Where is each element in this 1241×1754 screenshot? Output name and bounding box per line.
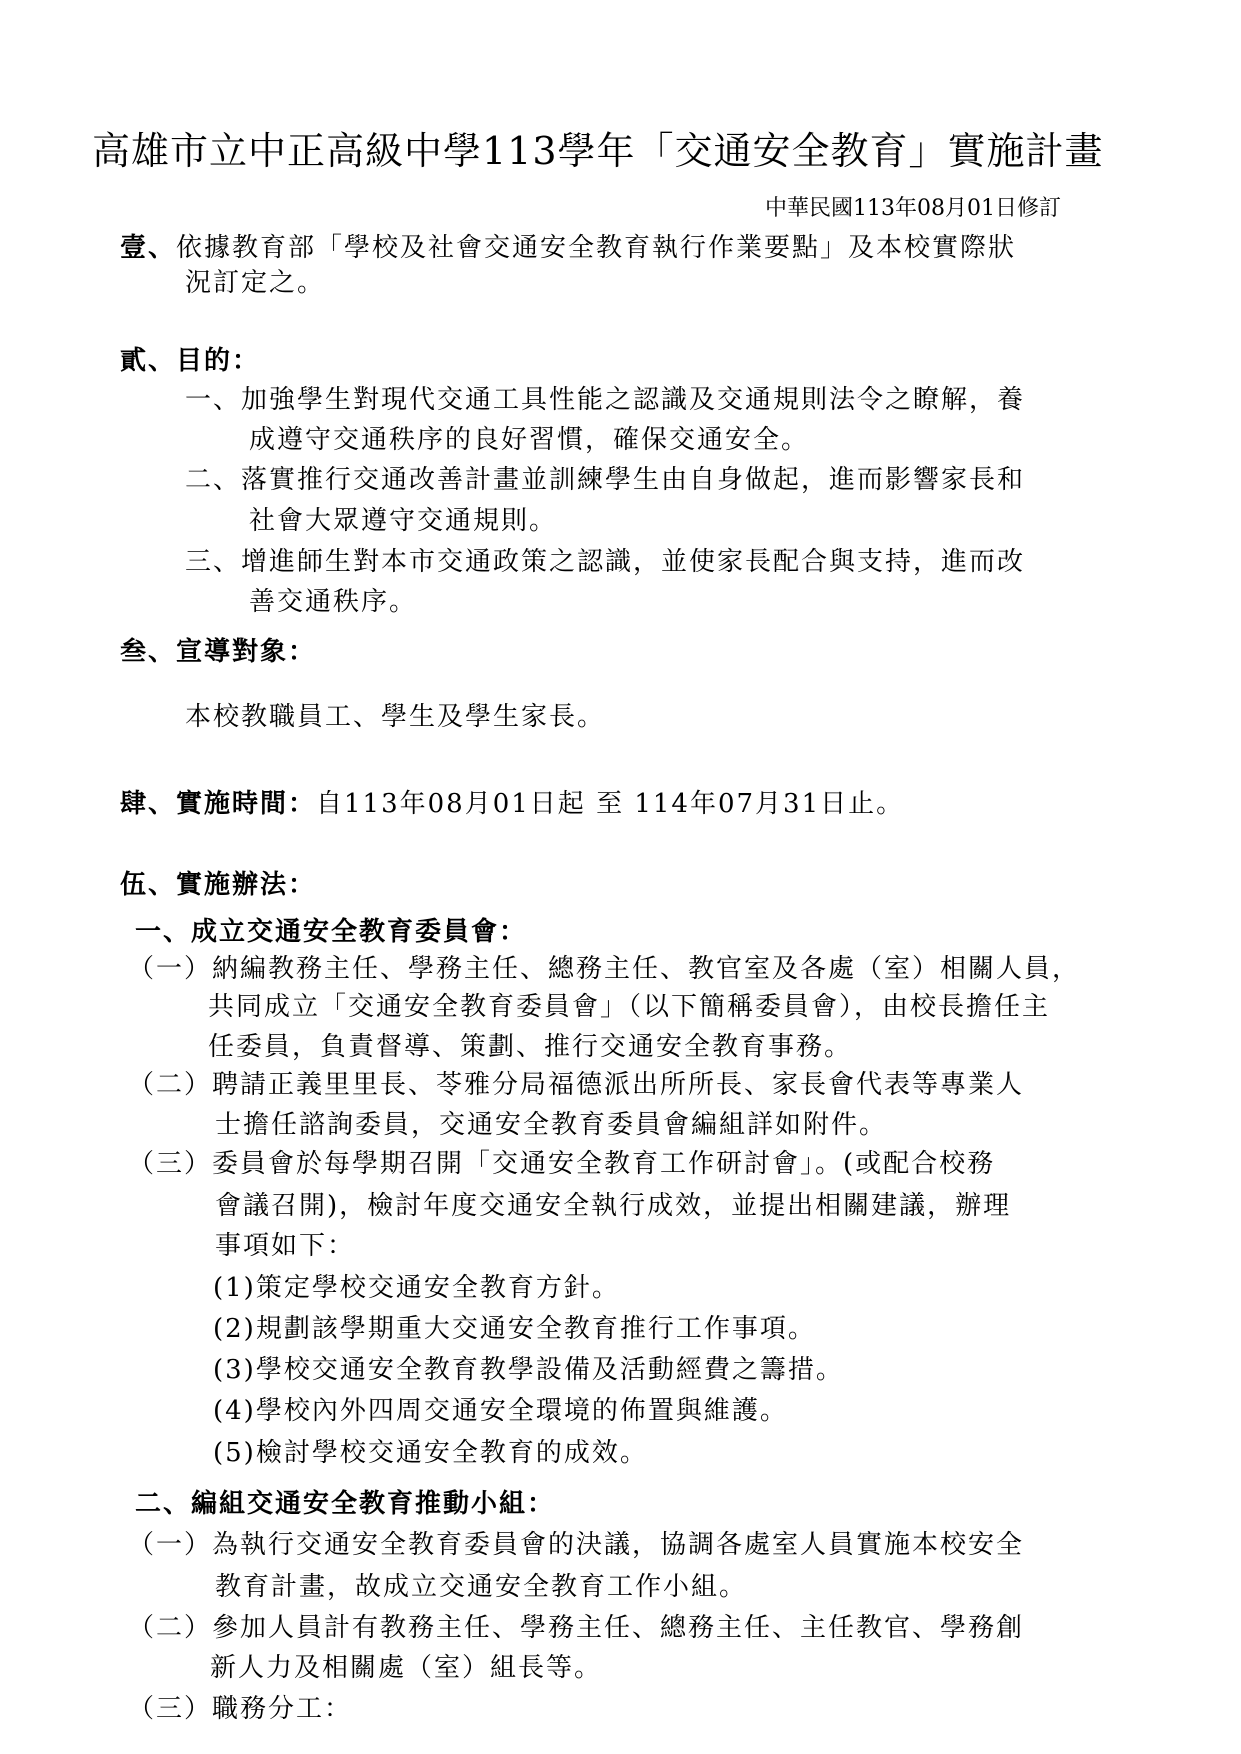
committee-task-2: (2)規劃該學期重大交通安全教育推行工作事項。 <box>213 1316 816 1342</box>
goal-item-1-cont: 成遵守交通秩序的良好習慣，確保交通安全。 <box>249 427 809 453</box>
section-1-line: 依據教育部「學校及社會交通安全教育執行作業要點」及本校實際狀 <box>176 233 1016 263</box>
section-4: 肆、實施時間：自113年08月01日起 至 114年07月31日止。 <box>120 791 904 817</box>
section-5-heading: 伍、實施辦法： <box>120 872 316 898</box>
team-item-1-cont: 教育計畫，故成立交通安全教育工作小組。 <box>215 1574 747 1600</box>
team-item-3: （三）職務分工： <box>128 1696 352 1722</box>
section-4-body: 自113年08月01日起 至 114年07月31日止。 <box>316 789 904 819</box>
section-2-heading: 貳、目的： <box>120 348 260 374</box>
document-title: 高雄市立中正高級中學113學年「交通安全教育」實施計畫 <box>92 132 1104 170</box>
team-item-2: （二）參加人員計有教務主任、學務主任、總務主任、主任教官、學務創 <box>128 1615 1024 1641</box>
committee-item-1: （一）納編教務主任、學務主任、總務主任、教官室及各處（室）相關人員， <box>128 956 1080 982</box>
subsection-1-heading: 一、成立交通安全教育委員會： <box>135 919 527 945</box>
section-3-body: 本校教職員工、學生及學生家長。 <box>185 704 605 730</box>
committee-item-3-cont: 會議召開)，檢討年度交通安全執行成效，並提出相關建議，辦理 <box>215 1193 1011 1219</box>
committee-task-4: (4)學校內外四周交通安全環境的佈置與維護。 <box>213 1398 788 1424</box>
revision-date: 中華民國113年08月01日修訂 <box>765 198 1061 220</box>
section-1-heading: 壹、 <box>120 233 176 263</box>
committee-task-3: (3)學校交通安全教育教學設備及活動經費之籌措。 <box>213 1357 844 1383</box>
team-item-1: （一）為執行交通安全教育委員會的決議，協調各處室人員實施本校安全 <box>128 1532 1024 1558</box>
committee-item-1-cont: 任委員，負責督導、策劃、推行交通安全教育事務。 <box>208 1034 852 1060</box>
committee-item-2: （二）聘請正義里里長、苓雅分局福德派出所所長、家長會代表等專業人 <box>128 1072 1024 1098</box>
section-4-heading: 肆、實施時間： <box>120 789 316 819</box>
committee-task-1: (1)策定學校交通安全教育方針。 <box>213 1275 620 1301</box>
goal-item-3: 三、增進師生對本市交通政策之認識，並使家長配合與支持，進而改 <box>185 549 1025 575</box>
committee-item-2-cont: 士擔任諮詢委員，交通安全教育委員會編組詳如附件。 <box>215 1112 887 1138</box>
committee-item-3: （三）委員會於每學期召開「交通安全教育工作研討會」。(或配合校務 <box>128 1151 995 1177</box>
section-3-heading: 叁、宣導對象： <box>120 639 316 665</box>
committee-item-3-cont: 事項如下： <box>215 1233 355 1259</box>
goal-item-3-cont: 善交通秩序。 <box>249 589 417 615</box>
section-1: 壹、依據教育部「學校及社會交通安全教育執行作業要點」及本校實際狀 <box>120 235 1016 261</box>
goal-item-1: 一、加強學生對現代交通工具性能之認識及交通規則法令之瞭解，養 <box>185 387 1025 413</box>
subsection-2-heading: 二、編組交通安全教育推動小組： <box>135 1491 555 1517</box>
goal-item-2-cont: 社會大眾遵守交通規則。 <box>249 508 557 534</box>
committee-task-5: (5)檢討學校交通安全教育的成效。 <box>213 1440 648 1466</box>
goal-item-2: 二、落實推行交通改善計畫並訓練學生由自身做起，進而影響家長和 <box>185 467 1025 493</box>
team-item-2-cont: 新人力及相關處（室）組長等。 <box>210 1655 602 1681</box>
section-1-line: 況訂定之。 <box>185 270 325 296</box>
committee-item-1-cont: 共同成立「交通安全教育委員會」（以下簡稱委員會），由校長擔任主 <box>208 994 1050 1020</box>
